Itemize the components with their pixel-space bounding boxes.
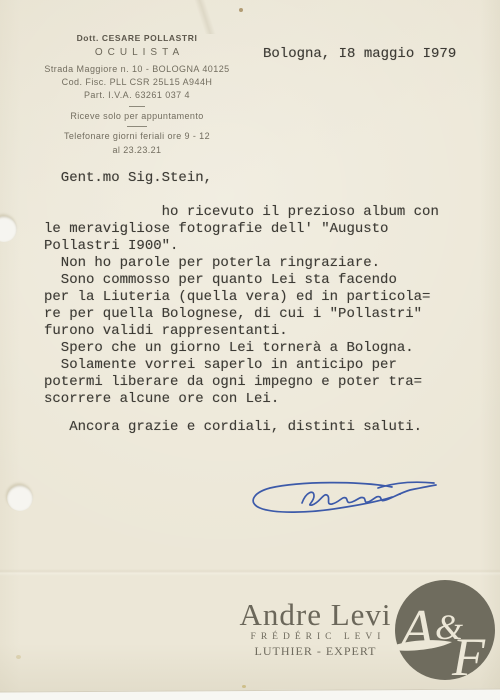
body-line-closing: Ancora grazie e cordiali, distinti salut… <box>44 419 464 436</box>
letterhead-divider <box>129 106 145 107</box>
body-line: per la Liuteria (quella vera) ed in part… <box>44 289 464 306</box>
body-line: ho ricevuto il prezioso album con <box>44 204 464 221</box>
expert-stamp: Andre Levi FRÉDÉRIC LEVI LUTHIER - EXPER… <box>228 599 403 659</box>
paper-speck <box>242 685 246 688</box>
letterhead-doctor-name: Dott. CESARE POLLASTRI <box>33 33 241 43</box>
af-monogram-icon: A & F <box>390 578 500 684</box>
body-line: furono validi rappresentanti. <box>44 323 464 340</box>
monogram-letter-f: F <box>451 627 486 684</box>
scan-bottom-edge <box>0 688 500 700</box>
paper-speck <box>16 655 21 659</box>
body-line: Pollastri I900". <box>44 238 464 255</box>
letterhead-vat-number: Part. I.V.A. 63261 037 4 <box>33 89 241 102</box>
body-line: Solamente vorrei saperlo in anticipo per <box>44 357 464 374</box>
signature-handwriting <box>240 475 440 520</box>
paper-crease <box>120 0 290 34</box>
body-line-salutation: Gent.mo Sig.Stein, <box>44 170 464 187</box>
letterhead-profession: OCULISTA <box>33 47 241 58</box>
body-line: scorrere alcune ore con Lei. <box>44 391 464 408</box>
letter-paper: Dott. CESARE POLLASTRI OCULISTA Strada M… <box>0 0 500 692</box>
body-line: Sono commosso per quanto Lei sta facendo <box>44 272 464 289</box>
letter-body: Gent.mo Sig.Stein, ho ricevuto il prezio… <box>44 170 464 436</box>
body-line: potermi liberare da ogni impegno e poter… <box>44 374 464 391</box>
dateline: Bologna, I8 maggio I979 <box>263 46 456 62</box>
stamp-subtitle: LUTHIER - EXPERT <box>228 644 403 659</box>
body-line <box>44 187 464 204</box>
body-line: Spero che un giorno Lei tornerà a Bologn… <box>44 340 464 357</box>
stamp-name: Andre Levi <box>228 599 403 630</box>
letterhead-appointment-note: Riceve solo per appuntamento <box>33 110 241 122</box>
letterhead-fiscal-code: Cod. Fisc. PLL CSR 25L15 A944H <box>33 76 241 89</box>
letterhead-phone-number: al 23.23.21 <box>33 144 241 156</box>
letterhead-divider <box>127 126 147 127</box>
body-line: Non ho parole per poterla ringraziare. <box>44 255 464 272</box>
stamp-subname: FRÉDÉRIC LEVI <box>228 632 403 642</box>
body-line: re per quella Bolognese, di cui i "Polla… <box>44 306 464 323</box>
punch-hole-top <box>0 216 17 242</box>
letterhead-address: Strada Maggiore n. 10 - BOLOGNA 40125 <box>33 63 241 76</box>
scanned-letter-page: Dott. CESARE POLLASTRI OCULISTA Strada M… <box>0 0 500 700</box>
paper-crease <box>0 566 500 576</box>
letterhead: Dott. CESARE POLLASTRI OCULISTA Strada M… <box>33 33 241 156</box>
letterhead-phone-note: Telefonare giorni feriali ore 9 - 12 <box>33 130 241 142</box>
paper-speck <box>239 8 243 12</box>
monogram-letter-a: A <box>396 599 435 661</box>
punch-hole-bottom <box>7 485 33 511</box>
body-line: le meravigliose fotografie dell' "August… <box>44 221 464 238</box>
